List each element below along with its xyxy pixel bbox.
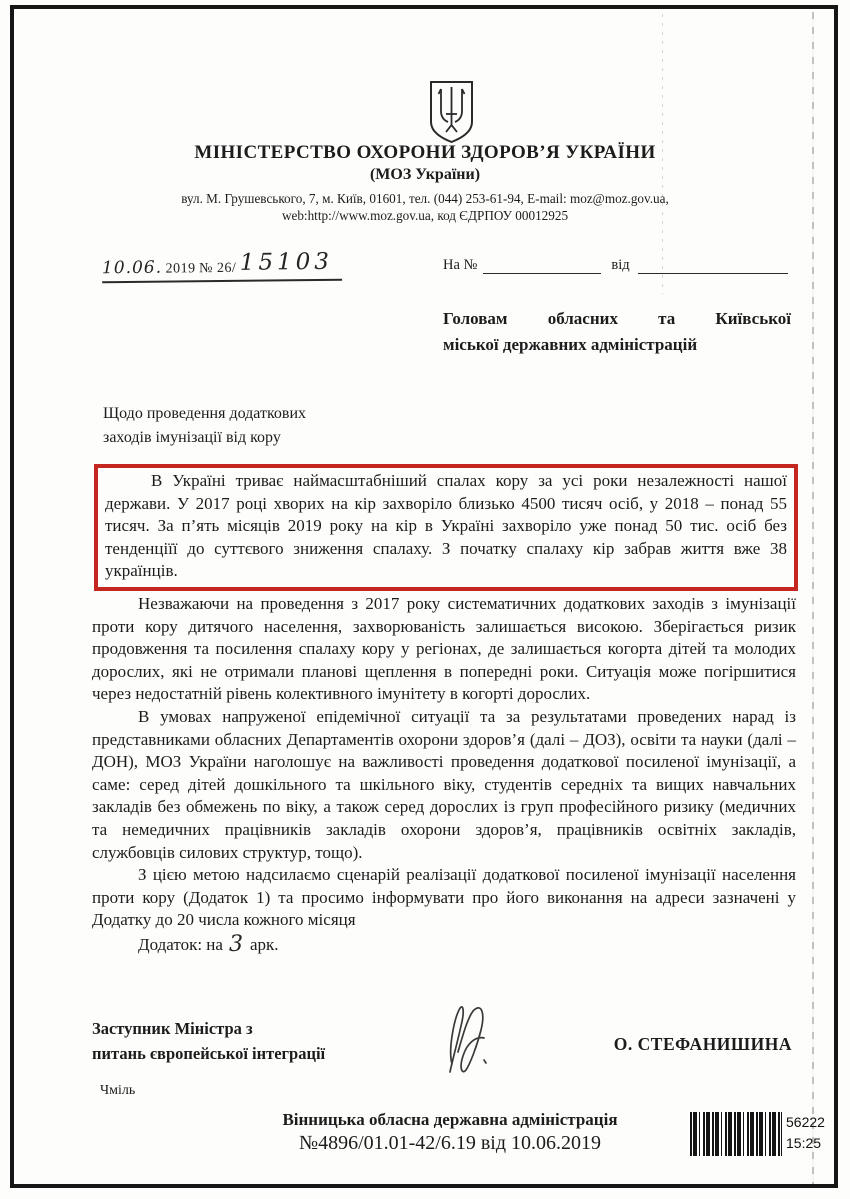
reply-reference-line: На №від [443, 256, 788, 274]
red-highlight-box: В Україні триває наймасштабніший спалах … [94, 464, 798, 591]
attachment-suffix: арк. [250, 935, 279, 954]
reply-number-label: На № [443, 257, 477, 273]
stamp-organization: Вінницька обласна державна адміністрація [220, 1110, 680, 1130]
recipient-line2: міської державних адміністрацій [443, 332, 791, 358]
signer-title: Заступник Міністра з питань європейської… [92, 1016, 422, 1066]
barcode-number: 56222 [786, 1112, 835, 1133]
subject-block: Щодо проведення додаткових заходів імуні… [103, 402, 306, 450]
signer-title-line2: питань європейської інтеграції [92, 1041, 422, 1066]
executor-name: Чміль [100, 1083, 135, 1099]
paragraph-3: В умовах напруженої епідемічної ситуації… [92, 706, 796, 864]
scan-artifact-line [812, 12, 814, 1185]
reference-row: 10.06. 2019 № 26/ 15103 На №від [100, 252, 800, 286]
ministry-title: МІНІСТЕРСТВО ОХОРОНИ ЗДОРОВ’Я УКРАЇНИ [50, 142, 800, 164]
recipient-block: Головам обласних та Київської міської де… [443, 306, 791, 358]
reply-date-label: від [611, 257, 629, 273]
reply-number-blank [483, 256, 601, 274]
ministry-address-line2: web:http://www.moz.gov.ua, код ЄДРПОУ 00… [50, 207, 800, 224]
typed-year: 2019 [166, 261, 196, 276]
scanned-letter-page: МІНІСТЕРСТВО ОХОРОНИ ЗДОРОВ’Я УКРАЇНИ (М… [0, 0, 850, 1199]
letter-body: В Україні триває наймасштабніший спалах … [92, 464, 796, 956]
barcode-time: 15:25 [786, 1133, 835, 1154]
subject-line2: заходів імунізації від кору [103, 426, 306, 450]
handwritten-signature-icon [432, 998, 504, 1080]
paragraph-4: З цією метою надсилаємо сценарій реаліза… [92, 864, 796, 932]
ministry-abbreviation: (МОЗ України) [50, 166, 800, 184]
outgoing-number-line: 10.06. 2019 № 26/ 15103 [102, 251, 342, 284]
recipient-line1: Головам обласних та Київської [443, 306, 791, 332]
barcode [690, 1112, 782, 1156]
handwritten-number: 15103 [240, 249, 333, 276]
stamp-registration-number: №4896/01.01-42/6.19 від 10.06.2019 [220, 1132, 680, 1155]
reply-date-blank [638, 256, 788, 274]
handwritten-date: 10.06. [102, 258, 162, 279]
attachment-line: Додаток: на3арк. [92, 933, 796, 957]
ministry-address-line1: вул. М. Грушевського, 7, м. Київ, 01601,… [50, 190, 800, 207]
paragraph-highlighted: В Україні триває наймасштабніший спалах … [105, 470, 787, 583]
handwritten-page-count: 3 [223, 932, 250, 957]
subject-line1: Щодо проведення додаткових [103, 402, 306, 426]
signer-title-line1: Заступник Міністра з [92, 1016, 422, 1041]
coat-of-arms-icon [428, 80, 475, 144]
attachment-prefix: Додаток: на [138, 935, 223, 954]
barcode-numbers: 56222 15:25 [786, 1112, 835, 1156]
paragraph-2: Незважаючи на проведення з 2017 року сис… [92, 593, 796, 706]
number-prefix: № 26/ [199, 261, 236, 276]
signer-name: О. СТЕФАНИШИНА [560, 1034, 792, 1055]
